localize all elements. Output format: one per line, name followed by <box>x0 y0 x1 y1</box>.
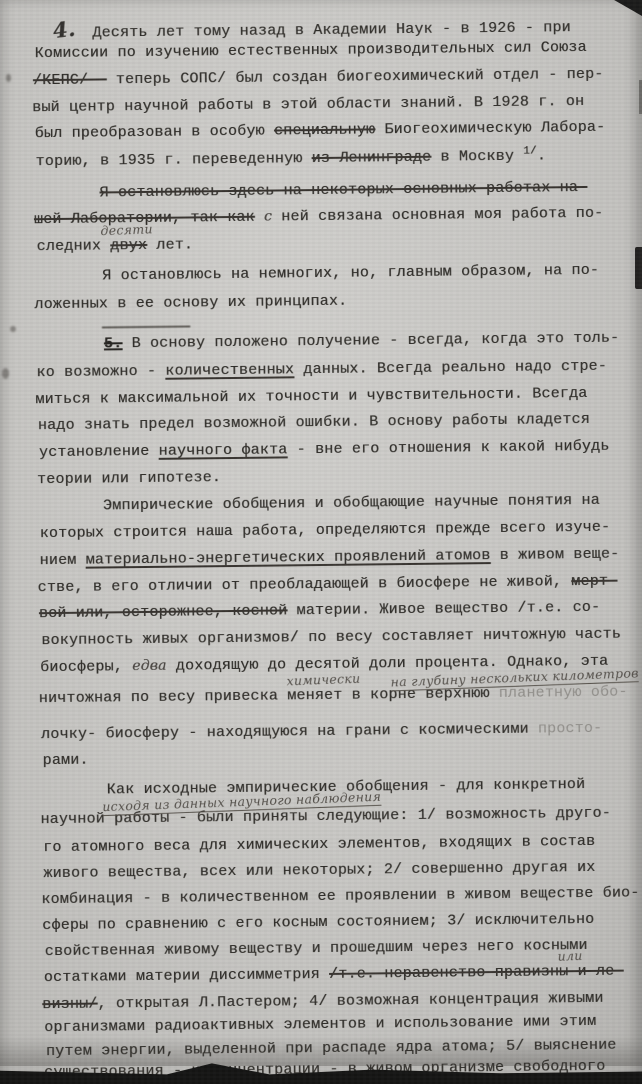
text-line: вокупность живых организмов/ по весу сос… <box>41 625 635 649</box>
text-segment: ней связана основная моя работа по- <box>272 205 603 226</box>
ink-smudge <box>6 74 11 82</box>
text-line: вой или, осторожнее, косной материи. Жив… <box>39 598 633 622</box>
text-line: нием материально-энергетических проявлен… <box>40 545 634 569</box>
text-segment: теории или гипотезе. <box>37 469 221 488</box>
text-segment: лет. <box>147 236 193 254</box>
text-segment: рами. <box>42 752 88 770</box>
text-line: был преобразован в особую специальную Би… <box>35 118 629 142</box>
handwritten-insertion: или <box>557 948 583 964</box>
text-segment: надо знать предел возможной ошибки. В ос… <box>38 411 590 434</box>
text-segment: материи. Живое вещество /т.е. со- <box>287 599 600 620</box>
text-line: миться к максимальной их точности и чувс… <box>35 384 629 408</box>
struck-text: из Ленинграде <box>312 149 432 167</box>
text-segment: в Москву <box>431 148 523 166</box>
underlined-text: материально-энергетических проявлений ат… <box>86 547 491 569</box>
text-segment: сферы по сравнению с его косным состояни… <box>42 911 594 934</box>
text-line: теории или гипотезе. <box>37 464 631 488</box>
text-line: путем энергии, выделенной при распаде яд… <box>46 1036 640 1060</box>
text-segment: вый центр научной работы в этой области … <box>32 93 584 116</box>
handwritten-insertion: десяти <box>100 221 153 238</box>
text-segment: . <box>537 147 546 164</box>
text-segment: следних <box>37 237 111 255</box>
text-segment: остатками материи диссимметрия <box>44 966 329 986</box>
struck-text: вой или, осторожнее, косной <box>39 602 288 622</box>
text-line: Комиссии по изучению естественных произв… <box>35 38 629 62</box>
text-line: следних двух лет.десяти <box>37 231 631 255</box>
text-line: живого вещества, всех или некоторых; 2/ … <box>43 858 637 882</box>
text-segment: установление <box>39 443 159 461</box>
text-line: Эмпирические обобщения и обобщающие науч… <box>37 491 631 515</box>
text-segment: лочку- биосферу - находящуюся на грани с… <box>41 721 538 744</box>
text-line: свойственная живому веществу и прошедшим… <box>45 936 639 960</box>
text-segment: которых строится наша работа, определяют… <box>40 519 611 542</box>
text-line: ко возможно - количественных данных. Все… <box>36 357 630 381</box>
faded-text: просто- <box>538 720 603 738</box>
text-segment: был преобразован в особую <box>35 123 274 143</box>
text-segment: данных. Всегда реально надо стре- <box>294 358 607 379</box>
text-segment: миться к максимальной их точности и чувс… <box>35 385 587 408</box>
text-segment: организмами радиоактивных элементов и ис… <box>44 1013 596 1036</box>
text-line: рами. <box>42 745 636 769</box>
text-line: Я остановлюсь здесь на некоторых основны… <box>33 179 627 203</box>
handwritten-text: едва <box>132 658 167 674</box>
text-line: остатками материи диссимметрия /т.е. нер… <box>44 962 638 986</box>
text-line: торию, в 1935 г. переведенную из Ленингр… <box>35 144 629 170</box>
text-segment: Комиссии по изучению естественных произв… <box>35 39 587 62</box>
struck-text: визны/ <box>42 996 97 1014</box>
text-segment: Я остановлюсь на немногих, но, главным о… <box>102 262 599 285</box>
text-segment: - вне его отношения к какой нибудь <box>287 438 609 459</box>
struck-text: специальную <box>274 121 375 139</box>
underlined-text: научного факта <box>159 441 288 459</box>
text-segment: нием <box>40 552 86 570</box>
text-line: установление научного факта - вне его от… <box>39 437 633 461</box>
text-segment: , открытая Л.Пастером; 4/ возможная конц… <box>97 990 603 1013</box>
text-segment: ко возможно - <box>36 363 165 381</box>
text-line: ложенных в ее основу их принципах. <box>34 290 628 314</box>
ink-smudge <box>2 368 9 379</box>
text-line: которых строится наша работа, определяют… <box>40 518 634 542</box>
text-line: комбинация - в количественном ее проявле… <box>41 884 635 908</box>
struck-text: Я остановлюсь здесь на некоторых основны… <box>99 179 587 202</box>
text-line: /КЕПС/ - теперь СОПС/ был создан биогеох… <box>33 66 627 90</box>
text-segment: ложенных в ее основу их принципах. <box>34 293 347 314</box>
text-line: визны/, открытая Л.Пастером; 4/ возможна… <box>42 989 636 1013</box>
text-segment: в живом веще- <box>490 546 619 564</box>
document-page: 4. Десять лет тому назад в Академии Наук… <box>0 0 642 1084</box>
text-line: Я остановлюсь на немногих, но, главным о… <box>36 261 630 285</box>
text-segment: путем энергии, выделенной при распаде яд… <box>46 1037 617 1060</box>
text-segment: го атомного веса для химических элементо… <box>43 833 595 856</box>
text-line: стве, в его отличии от преобладающей в б… <box>38 572 632 596</box>
struck-text: двух <box>110 237 147 254</box>
text-segment: Эмпирические обобщения и обобщающие науч… <box>103 492 600 515</box>
text-line: 4. Десять лет тому назад в Академии Наук… <box>33 11 627 43</box>
photo-edge-mark <box>635 247 642 289</box>
text-segment: стве, в его отличии от преобладающей в б… <box>38 573 572 596</box>
overstruck-numeral: 5. <box>104 335 123 352</box>
handwritten-numeral: 4. <box>51 16 76 43</box>
handwritten-insertion: химически <box>286 671 360 689</box>
struck-text: /КЕПС/ - <box>33 71 107 89</box>
text-line: научной работы - были приняты следующие:… <box>40 804 634 828</box>
text-line: сферы по сравнению с его косным состояни… <box>42 910 636 934</box>
text-line: ничтожная по весу привеска меняет в корн… <box>39 683 633 707</box>
text-line: лочку- биосферу - находящуюся на грани с… <box>41 719 635 743</box>
struck-text: /т.е. неравенство правизны и ле- <box>329 963 624 983</box>
text-segment: живого вещества, всех или некоторых; 2/ … <box>43 859 595 882</box>
text-line: го атомного веса для химических элементо… <box>43 832 637 856</box>
text-segment: вокупность живых организмов/ по весу сос… <box>41 626 621 650</box>
text-segment: теперь СОПС/ был создан биогеохимический… <box>106 66 603 89</box>
text-segment <box>255 209 264 226</box>
text-segment: торию, в 1935 г. переведенную <box>35 150 311 170</box>
struck-text: мерт- <box>571 573 617 591</box>
underlined-text: количественных <box>165 361 294 379</box>
typescript-lines: 4. Десять лет тому назад в Академии Наук… <box>0 0 642 1084</box>
text-segment: биосферы, <box>40 658 132 676</box>
text-segment: Биогеохимическую Лабора- <box>375 119 605 139</box>
ink-smudge <box>10 326 16 332</box>
text-segment: комбинация - в количественном ее проявле… <box>41 884 639 908</box>
text-line: вый центр научной работы в этой области … <box>32 93 626 117</box>
text-line: надо знать предел возможной ошибки. В ос… <box>38 410 632 434</box>
text-segment: свойственная живому веществу и прошедшим… <box>45 937 588 960</box>
footnote-marker: 1/ <box>523 146 537 158</box>
text-line: организмами радиоактивных элементов и ис… <box>44 1012 638 1036</box>
text-segment: Десять лет тому назад в Академии Наук - … <box>83 19 571 42</box>
